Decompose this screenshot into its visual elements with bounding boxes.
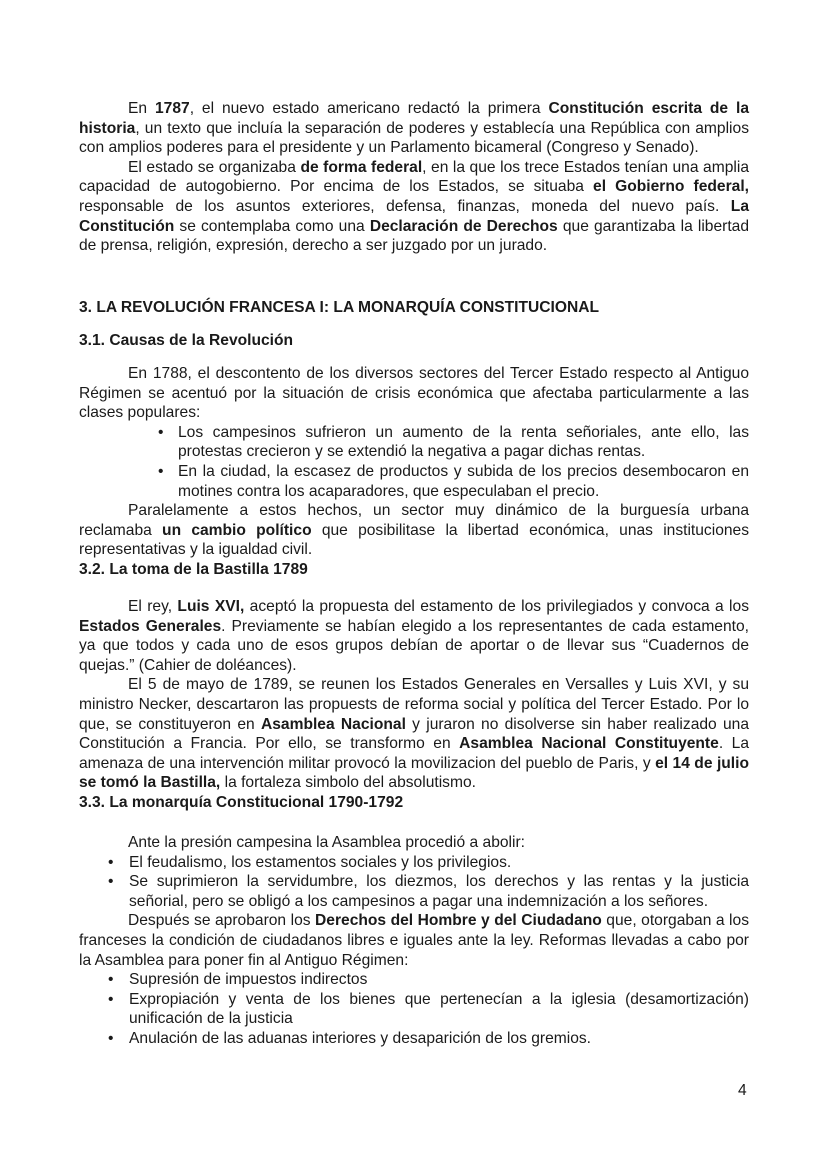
- paragraph-federal-state: El estado se organizaba de forma federal…: [79, 158, 749, 256]
- bullet-icon: •: [108, 872, 113, 892]
- intro-section: En 1787, el nuevo estado americano redac…: [79, 99, 749, 256]
- section-heading: 3. LA REVOLUCIÓN FRANCESA I: LA MONARQUÍ…: [79, 298, 749, 318]
- subsection-3-1-body: En 1788, el descontento de los diversos …: [79, 364, 749, 580]
- text: se contemplaba como una: [174, 218, 370, 235]
- bold-text: Derechos del Hombre y del Ciudadano: [315, 912, 602, 929]
- list-item: •Se suprimieron la servidumbre, los diez…: [79, 872, 749, 911]
- bold-text: 1787: [155, 100, 190, 117]
- list-item-text: Supresión de impuestos indirectos: [129, 971, 367, 988]
- text: la fortaleza simbolo del absolutismo.: [220, 774, 476, 791]
- bold-text: Luis XVI,: [177, 598, 244, 615]
- text: En: [128, 100, 155, 117]
- text: , el nuevo estado americano redactó la p…: [190, 100, 549, 117]
- paragraph-causes: En 1788, el descontento de los diversos …: [79, 364, 749, 423]
- subsection-3-2-body: El rey, Luis XVI, aceptó la propuesta de…: [79, 597, 749, 813]
- subsection-heading: 3.3. La monarquía Constitucional 1790-17…: [79, 793, 749, 813]
- bullet-icon: •: [108, 970, 113, 990]
- bold-text: Declaración de Derechos: [370, 218, 558, 235]
- bullet-icon: •: [108, 1029, 113, 1049]
- bullet-icon: •: [108, 990, 113, 1010]
- text: El rey,: [128, 598, 177, 615]
- bullet-icon: •: [108, 853, 113, 873]
- bold-text: Estados Generales: [79, 618, 221, 635]
- subsection-heading: 3.2. La toma de la Bastilla 1789: [79, 560, 749, 580]
- bold-text: Asamblea Nacional Constituyente: [459, 735, 719, 752]
- list-item: •Supresión de impuestos indirectos: [79, 970, 749, 990]
- causes-list: •Los campesinos sufrieron un aumento de …: [79, 423, 749, 501]
- subsection-3-1: 3.1. Causas de la Revolución: [79, 331, 749, 351]
- bullet-icon: •: [158, 462, 163, 482]
- paragraph-bastille: El 5 de mayo de 1789, se reunen los Esta…: [79, 675, 749, 793]
- text: responsable de los asuntos exteriores, d…: [79, 198, 731, 215]
- bold-text: el Gobierno federal,: [593, 178, 749, 195]
- paragraph-estates-general: El rey, Luis XVI, aceptó la propuesta de…: [79, 597, 749, 675]
- page-number: 4: [738, 1082, 747, 1100]
- list-item-text: En la ciudad, la escasez de productos y …: [178, 463, 749, 500]
- abolished-list: •El feudalismo, los estamentos sociales …: [79, 853, 749, 912]
- bullet-icon: •: [158, 423, 163, 443]
- paragraph-bourgeoisie: Paralelamente a estos hechos, un sector …: [79, 501, 749, 560]
- paragraph-abolish: Ante la presión campesina la Asamblea pr…: [79, 833, 749, 853]
- bold-text: de forma federal: [300, 159, 422, 176]
- document-page: En 1787, el nuevo estado americano redac…: [0, 0, 828, 1171]
- bold-text: Asamblea Nacional: [261, 716, 406, 733]
- bold-text: un cambio político: [162, 522, 312, 539]
- list-item-text: El feudalismo, los estamentos sociales y…: [129, 854, 511, 871]
- list-item: •Los campesinos sufrieron un aumento de …: [79, 423, 749, 462]
- subsection-heading: 3.1. Causas de la Revolución: [79, 331, 749, 351]
- list-item-text: Los campesinos sufrieron un aumento de l…: [178, 424, 749, 461]
- list-item-text: Se suprimieron la servidumbre, los diezm…: [129, 873, 749, 910]
- list-item: •El feudalismo, los estamentos sociales …: [79, 853, 749, 873]
- paragraph-rights-of-man: Después se aprobaron los Derechos del Ho…: [79, 911, 749, 970]
- text: aceptó la propuesta del estamento de los…: [244, 598, 749, 615]
- list-item: •Anulación de las aduanas interiores y d…: [79, 1029, 749, 1049]
- list-item-text: Expropiación y venta de los bienes que p…: [129, 991, 749, 1028]
- text: Después se aprobaron los: [128, 912, 315, 929]
- list-item: •Expropiación y venta de los bienes que …: [79, 990, 749, 1029]
- subsection-3-3-body: Ante la presión campesina la Asamblea pr…: [79, 833, 749, 1049]
- list-item: •En la ciudad, la escasez de productos y…: [79, 462, 749, 501]
- text: El estado se organizaba: [128, 159, 300, 176]
- section-3: 3. LA REVOLUCIÓN FRANCESA I: LA MONARQUÍ…: [79, 298, 749, 318]
- list-item-text: Anulación de las aduanas interiores y de…: [129, 1030, 591, 1047]
- reforms-list: •Supresión de impuestos indirectos •Expr…: [79, 970, 749, 1048]
- paragraph-constitution-1787: En 1787, el nuevo estado americano redac…: [79, 99, 749, 158]
- text: , un texto que incluía la separación de …: [79, 120, 749, 157]
